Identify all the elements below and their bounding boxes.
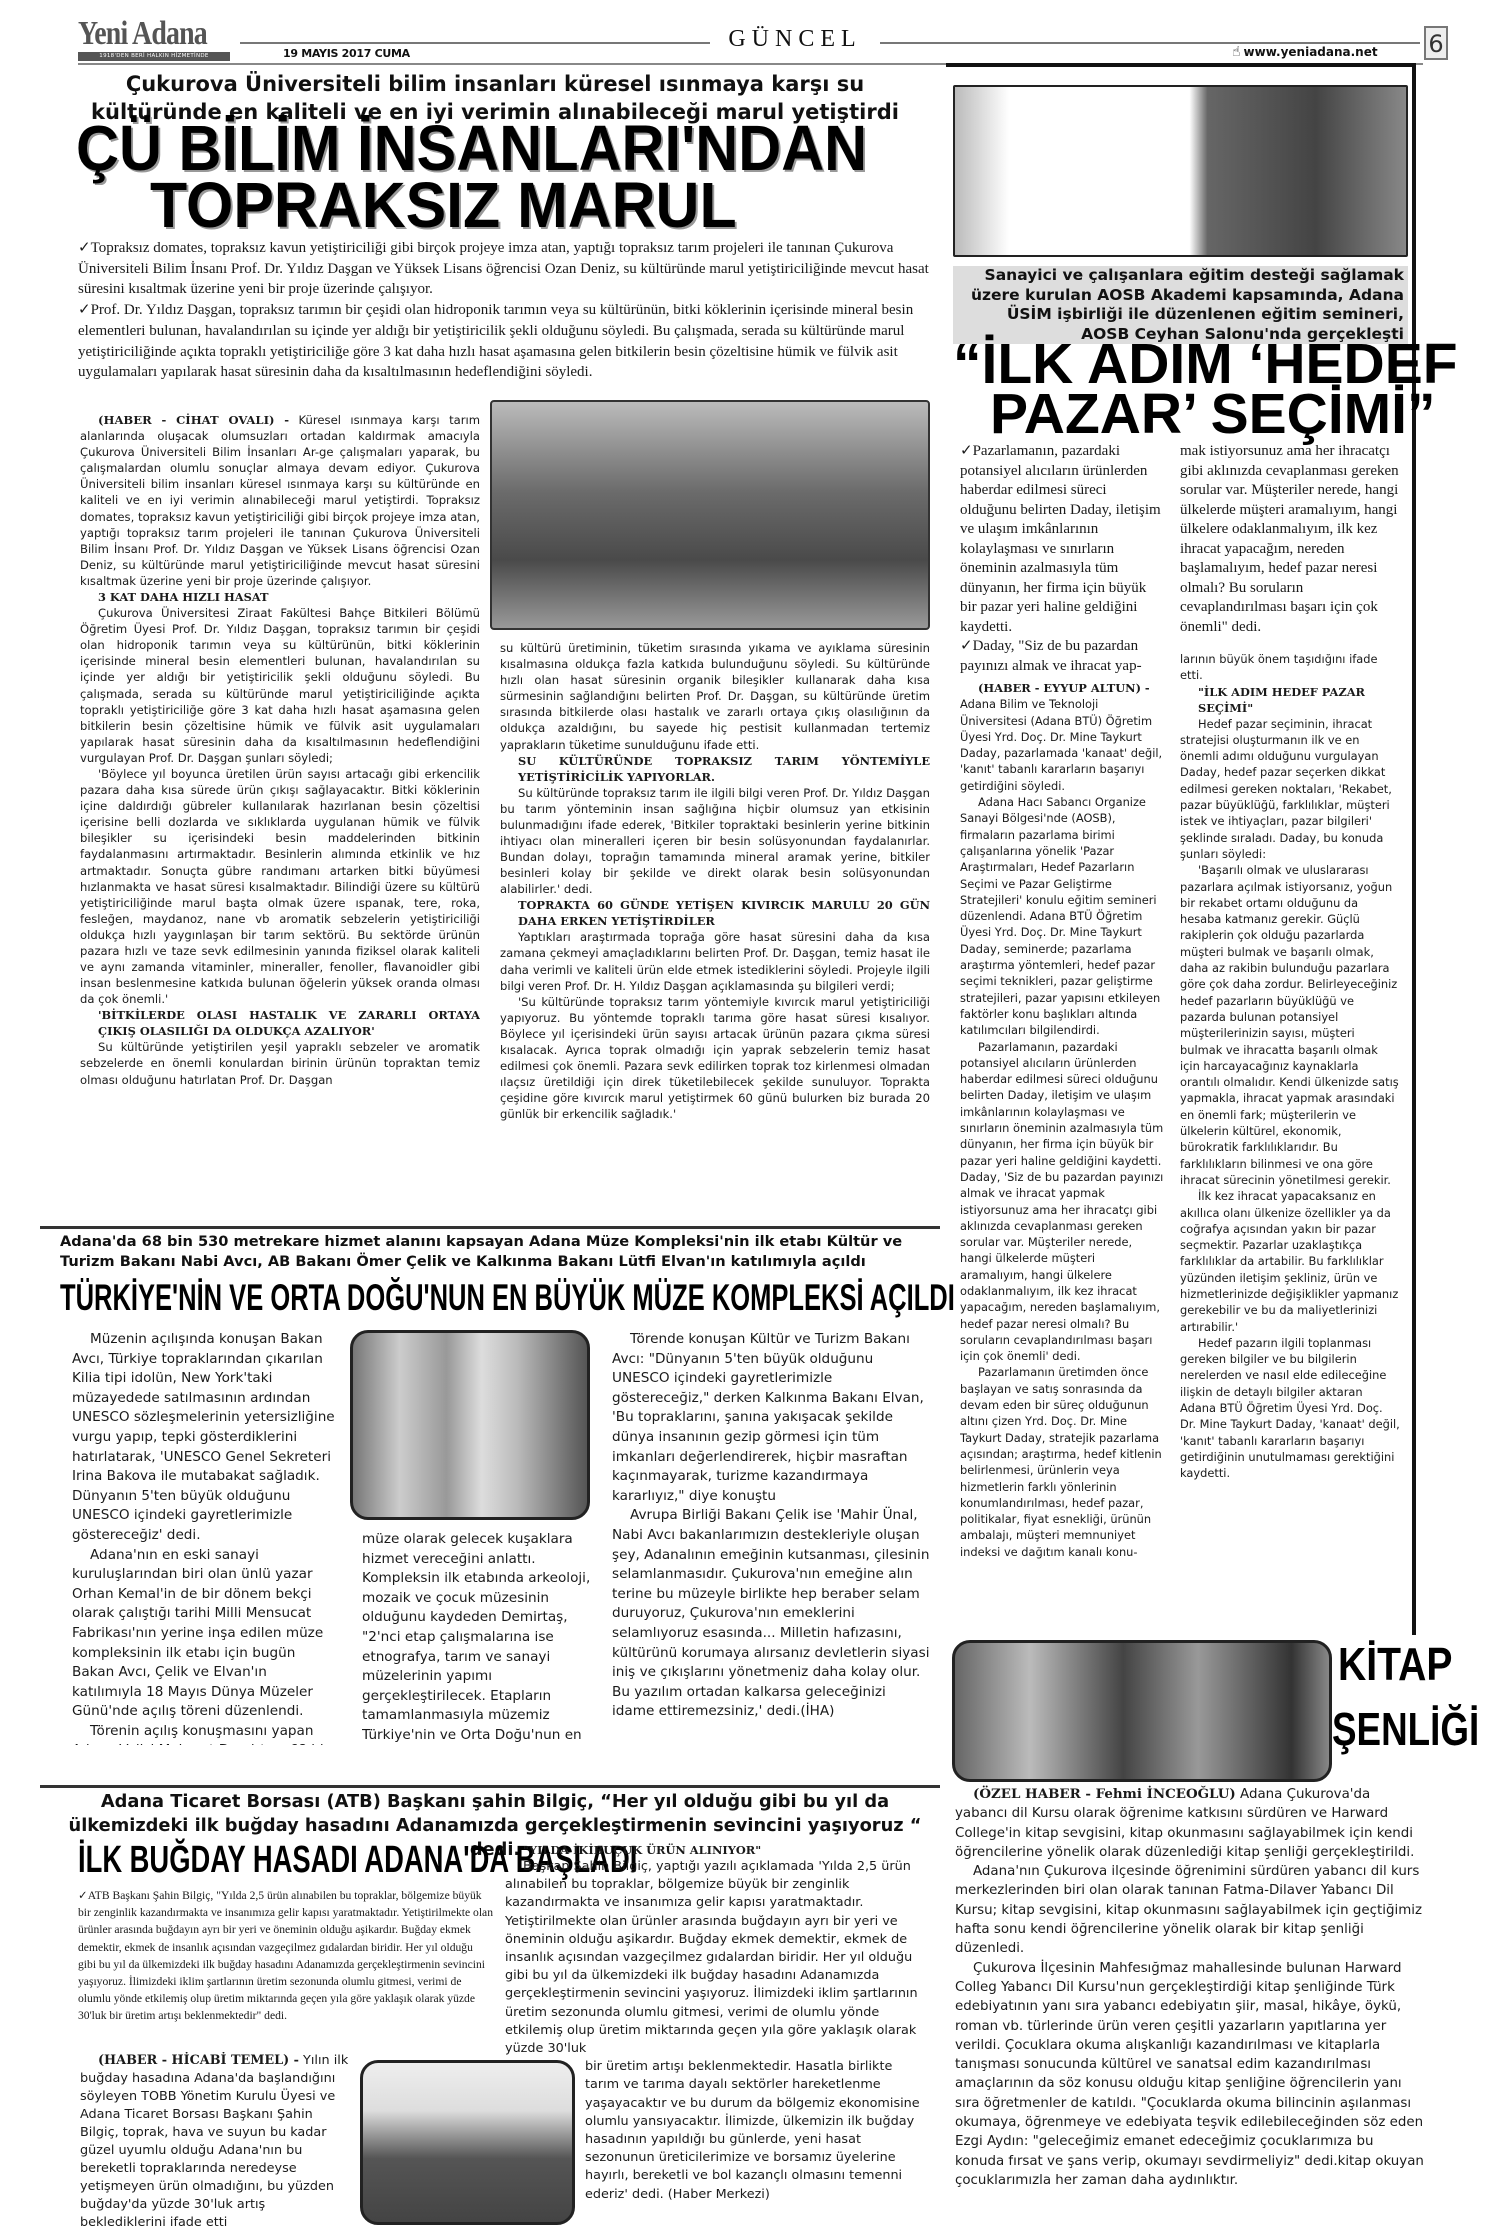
logo-tagline: 1918'DEN BERİ HALKIN HİZMETİNDE [78, 52, 230, 61]
aosb-col1-p4: Pazarlamanın üretimden önce başlayan ve … [960, 1364, 1165, 1560]
divider [40, 1785, 940, 1788]
marul-subhead-2: 'BİTKİLERDE OLASI HASTALIK VE ZARARLI OR… [80, 1007, 480, 1039]
bugday-col1-p1: Yılın ilk buğday hasadına Adana'da başla… [80, 2053, 348, 2227]
aosb-col2-p3: 'Başarılı olmak ve uluslararası pazarlar… [1180, 862, 1400, 1188]
aosb-lead-2-cont: mak istiyorsunuz ama her ihracatçı gibi … [1180, 442, 1400, 637]
marul-col1-p2: Çukurova Üniversitesi Ziraat Fakültesi B… [80, 605, 480, 766]
marul-col1: (HABER - CİHAT OVALI) - Küresel ısınmaya… [80, 412, 480, 1222]
muze-col1-p2: Adana'nın en eski sanayi kuruluşlarından… [72, 1546, 337, 1722]
greenhouse-lettuce-photo [490, 400, 930, 630]
bugday-col2: "YILDA İKİBUÇUK ÜRÜN ALINIYOR" Başkan Şa… [505, 1842, 930, 2227]
aosb-col2-p2: Hedef pazar seçiminin, ihracat stratejis… [1180, 716, 1400, 863]
aosb-col2-p4: İlk kez ihracat yapacaksanız en akıllıca… [1180, 1188, 1400, 1335]
kitap-title-line2: ŞENLİĞİ [1332, 1705, 1479, 1753]
aosb-title-line2: PAZAR’ SEÇİMİ” [990, 388, 1435, 440]
bugday-col2-p2: bir üretim artışı beklenmektedir. Hasatl… [505, 2058, 930, 2204]
aosb-col1-p3: Pazarlamanın, pazardaki potansiyel alıcı… [960, 1039, 1165, 1365]
logo-name: Yeni Adana [78, 18, 203, 50]
aosb-col2-p1: larının büyük önem taşıdığını ifade etti… [1180, 651, 1400, 684]
marul-col1-p4: Su kültüründe yetiştirilen yeşil yaprakl… [80, 1039, 480, 1087]
pointing-hand-icon: ☝ [1232, 44, 1241, 60]
marul-subhead-1: 3 KAT DAHA HIZLI HASAT [80, 589, 480, 605]
marul-subhead-4: TOPRAKTA 60 GÜNDE YETİŞEN KIVIRCIK MARUL… [500, 897, 930, 929]
marul-byline: (HABER - CİHAT OVALI) - [98, 413, 289, 427]
muze-kicker: Adana'da 68 bin 530 metrekare hizmet ala… [60, 1232, 930, 1272]
aosb-subhead: "İLK ADIM HEDEF PAZAR SEÇİMİ" [1180, 684, 1400, 716]
aosb-col2: mak istiyorsunuz ama her ihracatçı gibi … [1180, 442, 1400, 1627]
muze-title: TÜRKİYE'NİN VE ORTA DOĞU'NUN EN BÜYÜK MÜ… [60, 1278, 955, 1318]
website-url: www.yeniadana.net [1244, 45, 1378, 59]
museum-sarcophagus-photo [350, 1330, 590, 1520]
marul-lead: Topraksız domates, topraksız kavun yetiş… [78, 238, 933, 383]
muze-col3: Törende konuşan Kültür ve Turizm Bakanı … [612, 1330, 932, 1745]
marul-col1-p1: Küresel ısınmaya karşı tarım alanlarında… [80, 413, 480, 588]
marul-col2-p4: 'Su kültüründe topraksız tarım yöntemiyl… [500, 994, 930, 1123]
aosb-col1-p2: Adana Hacı Sabancı Organize Sanayi Bölge… [960, 794, 1165, 1038]
muze-col3-p1: Törende konuşan Kültür ve Turizm Bakanı … [612, 1330, 932, 1506]
aosb-lead-1: Pazarlamanın, pazardaki potansiyel alıcı… [960, 442, 1165, 637]
muze-col3-p2: Avrupa Birliği Bakanı Çelik ise 'Mahir Ü… [612, 1506, 932, 1722]
bugday-col1: (HABER - HİCABİ TEMEL) - Yılın ilk buğda… [80, 2052, 350, 2227]
muze-col2: müze olarak gelecek kuşaklara hizmet ver… [362, 1530, 597, 1745]
kids-book-fair-photo [952, 1640, 1332, 1782]
aosb-byline: (HABER - EYYUP ALTUN) - [978, 681, 1150, 695]
marul-title-line2: TOPRAKSIZ MARUL [150, 175, 737, 235]
kitap-title-line1: KİTAP [1338, 1640, 1452, 1688]
muze-col2-p1: müze olarak gelecek kuşaklara hizmet ver… [362, 1530, 597, 1745]
marul-col2-p2: Su kültüründe topraksız tarım ile ilgili… [500, 785, 930, 898]
muze-col1-p3: Törenin açılış konuşmasını yapan Adana V… [72, 1722, 337, 1745]
kitap-body: (ÖZEL HABER - Fehmi İNCEOĞLU) Adana Çuku… [955, 1785, 1425, 2225]
marul-col1-p3: 'Böylece yıl boyunca üretilen ürün sayıs… [80, 766, 480, 1007]
divider [40, 1226, 940, 1229]
marul-lead-2: Prof. Dr. Yıldız Daşgan, topraksız tarım… [78, 300, 933, 383]
aosb-col1-p1: Adana Bilim ve Teknoloji Üniversitesi (A… [960, 697, 1162, 792]
marul-col2-p3: Yaptıkları araştırmada toprağa göre hasa… [500, 929, 930, 993]
bugday-byline: (HABER - HİCABİ TEMEL) - [98, 2053, 299, 2068]
bugday-lead: ATB Başkanı Şahin Bilgiç, "Yılda 2,5 ürü… [78, 1887, 493, 2025]
kitap-byline: (ÖZEL HABER - Fehmi İNCEOĞLU) [973, 1786, 1236, 1802]
marul-col2: su kültürü üretiminin, tüketim sırasında… [500, 640, 930, 1222]
aosb-lead-2: Daday, "Siz de bu pazardan payınızı alma… [960, 637, 1165, 676]
section-title: GÜNCEL [710, 26, 880, 53]
website-link[interactable]: ☝ www.yeniadana.net [1232, 44, 1378, 60]
aosb-col2-p5: Hedef pazarın ilgili toplanması gereken … [1180, 1335, 1400, 1482]
issue-date: 19 MAYIS 2017 CUMA [283, 47, 410, 60]
aosb-group-photo [953, 85, 1408, 257]
page-number: 6 [1424, 26, 1448, 60]
bugday-subhead: "YILDA İKİBUÇUK ÜRÜN ALINIYOR" [505, 1842, 930, 1858]
kitap-p2: Adana'nın Çukurova ilçesinde öğrenimini … [955, 1862, 1425, 1958]
aosb-col1: Pazarlamanın, pazardaki potansiyel alıcı… [960, 442, 1165, 1642]
bugday-col2-p1: Başkan Şahin Bilgiç, yaptığı yazılı açık… [505, 1858, 930, 2058]
muze-col1-p1: Müzenin açılışında konuşan Bakan Avcı, T… [72, 1330, 337, 1546]
marul-col2-p1: su kültürü üretiminin, tüketim sırasında… [500, 640, 930, 753]
kitap-p3: Çukurova İlçesinin Mahfesığmaz mahallesi… [955, 1959, 1425, 2191]
marul-subhead-3: SU KÜLTÜRÜNDE TOPRAKSIZ TARIM YÖNTEMİYLE… [500, 753, 930, 785]
muze-col1: Müzenin açılışında konuşan Bakan Avcı, T… [72, 1330, 337, 1745]
marul-lead-1: Topraksız domates, topraksız kavun yetiş… [78, 238, 933, 300]
newspaper-logo[interactable]: Yeni Adana 1918'DEN BERİ HALKIN HİZMETİN… [78, 18, 230, 66]
